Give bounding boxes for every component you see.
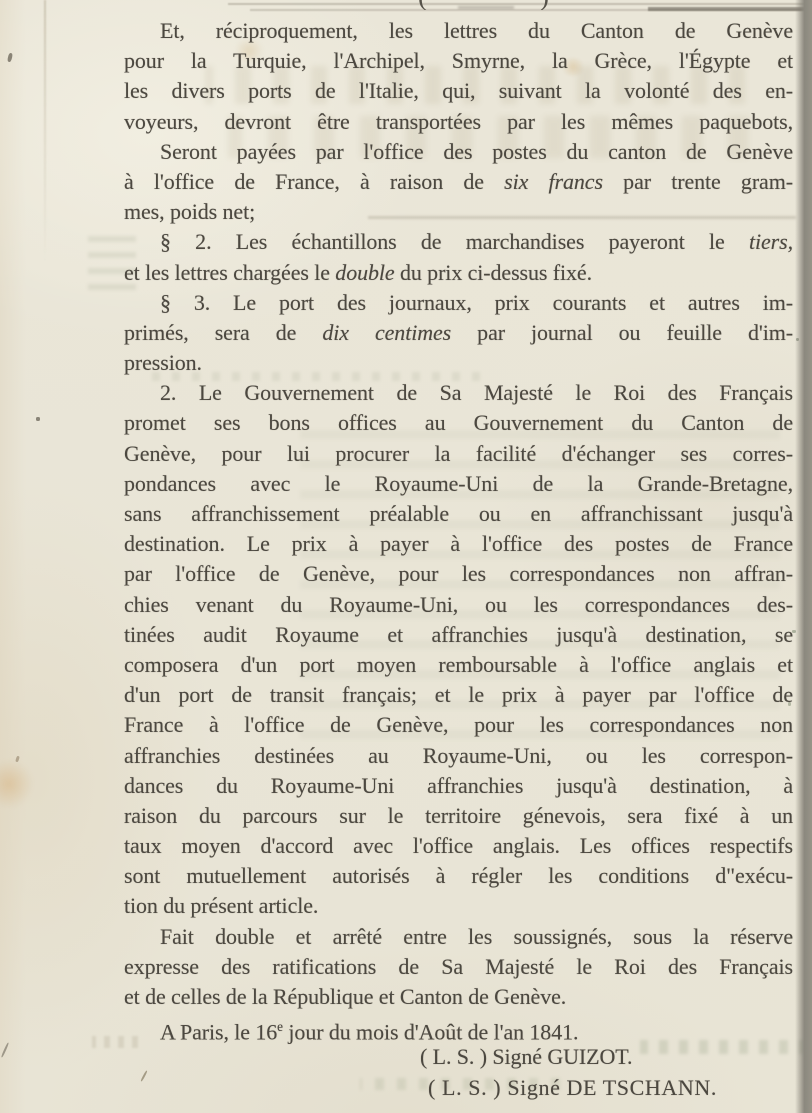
page-number-remnant: ( ) bbox=[412, 0, 562, 10]
text-segment: tion du présent article. bbox=[124, 893, 318, 918]
text-segment: et les lettres chargées le bbox=[124, 260, 335, 285]
text-line: France à l'office de Genève, pour les co… bbox=[124, 710, 793, 740]
text-line: Fait double et arrêté entre les soussign… bbox=[124, 922, 793, 952]
text-segment: chies venant du Royaume-Uni, ou les corr… bbox=[124, 592, 793, 617]
text-segment: voyeurs, devront être transportées par l… bbox=[124, 109, 793, 134]
text-line: chies venant du Royaume-Uni, ou les corr… bbox=[124, 590, 793, 620]
text-line: sont mutuellement autorisés à régler les… bbox=[124, 861, 793, 891]
text-line: primés, sera de dix centimes par journal… bbox=[124, 318, 793, 348]
text-segment: pour la Turquie, l'Archipel, Smyrne, la … bbox=[124, 48, 793, 73]
text-segment: pression. bbox=[124, 350, 202, 375]
text-segment: § 2. Les échantillons de marchandises pa… bbox=[160, 229, 749, 254]
text-line: pondances avec le Royaume-Uni de la Gran… bbox=[124, 469, 793, 499]
text-segment: par l'office de Genève, pour les corresp… bbox=[124, 561, 793, 586]
text-segment: raison du parcours sur le territoire gén… bbox=[124, 803, 793, 828]
text-line: par l'office de Genève, pour les corresp… bbox=[124, 559, 793, 589]
text-line: à l'office de France, à raison de six fr… bbox=[124, 167, 793, 197]
text-line: Genève, pour lui procurer la facilité d'… bbox=[124, 439, 793, 469]
text-segment: France à l'office de Genève, pour les co… bbox=[124, 712, 793, 737]
emphasized-text: tiers, bbox=[749, 229, 793, 254]
text-segment: expresse des ratifications de Sa Majesté… bbox=[124, 954, 793, 979]
text-segment: par journal ou feuille d'im- bbox=[451, 320, 793, 345]
document-text-block: Et, réciproquement, les lettres du Canto… bbox=[124, 16, 793, 1103]
emphasized-text: double bbox=[335, 260, 394, 285]
text-line: expresse des ratifications de Sa Majesté… bbox=[124, 952, 793, 982]
text-segment: ( L. S. ) Signé GUIZOT. bbox=[420, 1044, 632, 1069]
text-segment: primés, sera de bbox=[124, 320, 322, 345]
text-line: tinées audit Royaume et affranchies jusq… bbox=[124, 620, 793, 650]
text-line: mes, poids net; bbox=[124, 197, 793, 227]
text-segment: Et, réciproquement, les lettres du Canto… bbox=[160, 18, 793, 43]
text-segment: 2. Le Gouvernement de Sa Majesté le Roi … bbox=[160, 380, 793, 405]
text-line: les divers ports de l'Italie, qui, suiva… bbox=[124, 76, 793, 106]
text-segment: du prix ci-dessus fixé. bbox=[395, 260, 592, 285]
text-line: A Paris, le 16e jour du mois d'Août de l… bbox=[124, 1012, 793, 1042]
text-segment: par trente gram- bbox=[603, 169, 793, 194]
text-segment: sans affranchissement préalable ou en af… bbox=[124, 501, 793, 526]
paren-right-remnant: ) bbox=[540, 0, 549, 10]
text-line: voyeurs, devront être transportées par l… bbox=[124, 107, 793, 137]
crease-line bbox=[44, 0, 46, 262]
text-segment: composera d'un port moyen remboursable à… bbox=[124, 652, 793, 677]
text-segment: Fait double et arrêté entre les soussign… bbox=[160, 924, 793, 949]
text-segment: mes, poids net; bbox=[124, 199, 255, 224]
text-segment: Seront payées par l'office des postes du… bbox=[160, 139, 793, 164]
text-line: dances du Royaume-Uni affranchies jusqu'… bbox=[124, 771, 793, 801]
text-line: ( L. S. ) Signé DE TSCHANN. bbox=[428, 1073, 793, 1103]
text-line: pour la Turquie, l'Archipel, Smyrne, la … bbox=[124, 46, 793, 76]
text-line: ( L. S. ) Signé GUIZOT. bbox=[420, 1042, 793, 1072]
text-segment: d'un port de transit français; et le pri… bbox=[124, 682, 793, 707]
text-segment: dances du Royaume-Uni affranchies jusqu'… bbox=[124, 773, 793, 798]
text-line: tion du présent article. bbox=[124, 891, 793, 921]
text-line: 2. Le Gouvernement de Sa Majesté le Roi … bbox=[124, 378, 793, 408]
text-segment: tinées audit Royaume et affranchies jusq… bbox=[124, 622, 793, 647]
text-segment: Genève, pour lui procurer la facilité d'… bbox=[124, 441, 793, 466]
emphasized-text: six francs bbox=[504, 169, 603, 194]
text-segment: affranchies destinées au Royaume-Uni, ou… bbox=[124, 743, 793, 768]
text-line: sans affranchissement préalable ou en af… bbox=[124, 499, 793, 529]
emphasized-text: dix centimes bbox=[322, 320, 451, 345]
text-line: d'un port de transit français; et le pri… bbox=[124, 680, 793, 710]
text-line: Seront payées par l'office des postes du… bbox=[124, 137, 793, 167]
scanned-page: { "page": { "kind": "scanned printed boo… bbox=[0, 0, 812, 1113]
text-segment: taux moyen d'accord avec l'office anglai… bbox=[124, 833, 793, 858]
text-segment: promet ses bons offices au Gouvernement … bbox=[124, 410, 793, 435]
text-line: promet ses bons offices au Gouvernement … bbox=[124, 408, 793, 438]
text-segment: les divers ports de l'Italie, qui, suiva… bbox=[124, 78, 793, 103]
paren-left-remnant: ( bbox=[418, 0, 427, 10]
text-line: Et, réciproquement, les lettres du Canto… bbox=[124, 16, 793, 46]
text-line: et les lettres chargées le double du pri… bbox=[124, 258, 793, 288]
text-line: et de celles de la République et Canton … bbox=[124, 982, 793, 1012]
text-line: composera d'un port moyen remboursable à… bbox=[124, 650, 793, 680]
text-line: affranchies destinées au Royaume-Uni, ou… bbox=[124, 741, 793, 771]
text-segment: pondances avec le Royaume-Uni de la Gran… bbox=[124, 471, 793, 496]
text-segment: sont mutuellement autorisés à régler les… bbox=[124, 863, 793, 888]
text-segment: destination. Le prix à payer à l'office … bbox=[124, 531, 793, 556]
text-segment: § 3. Le port des journaux, prix courants… bbox=[160, 290, 793, 315]
text-segment: jour du mois d'Août de l'an 1841. bbox=[283, 1020, 578, 1045]
text-line: raison du parcours sur le territoire gén… bbox=[124, 801, 793, 831]
text-segment: A Paris, le 16 bbox=[160, 1020, 277, 1045]
text-line: § 3. Le port des journaux, prix courants… bbox=[124, 288, 793, 318]
text-segment: à l'office de France, à raison de bbox=[124, 169, 504, 194]
text-line: taux moyen d'accord avec l'office anglai… bbox=[124, 831, 793, 861]
page-edge-shadow bbox=[795, 0, 812, 1113]
digit-remnant-smudge bbox=[458, 6, 514, 9]
text-segment: ( L. S. ) Signé DE TSCHANN. bbox=[428, 1075, 717, 1100]
text-line: § 2. Les échantillons de marchandises pa… bbox=[124, 227, 793, 257]
text-line: destination. Le prix à payer à l'office … bbox=[124, 529, 793, 559]
text-segment: et de celles de la République et Canton … bbox=[124, 984, 566, 1009]
text-line: pression. bbox=[124, 348, 793, 378]
